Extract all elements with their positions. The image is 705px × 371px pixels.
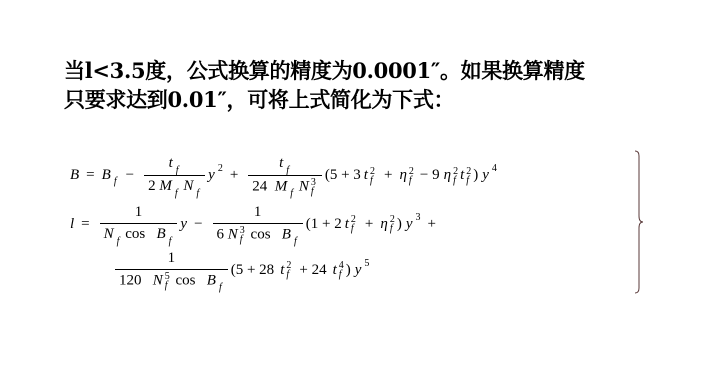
equation-longitude: l = 1 Nf cos Bf y − 1 6 N3f cos Bf (1 + … (70, 204, 443, 244)
subscript: f (390, 224, 395, 233)
coef: 2 (148, 178, 156, 194)
paren-open: (5 + 28 (231, 262, 274, 279)
subscript: f (286, 270, 291, 279)
paren-close: ) (397, 216, 402, 233)
plus-24: + 24 (299, 262, 326, 279)
var-B: B (207, 272, 216, 288)
numerator: 1 (164, 250, 180, 269)
subscript: f (165, 281, 170, 290)
minus-sign: − (194, 216, 202, 233)
subscript: f (114, 176, 117, 187)
description-paragraph: 当l<3.5度，公式换算的精度为0.0001″。如果换算精度 只要求达到0.01… (64, 56, 664, 114)
var-N: N (299, 178, 309, 194)
var-N: N (104, 226, 114, 242)
numerator: 1 (250, 204, 266, 223)
subscript: f (176, 165, 179, 176)
subscript: f (117, 236, 120, 247)
fraction-term-2: tf 2 Mf Nf (144, 155, 205, 196)
paren-open: (5 + 3 (325, 167, 361, 184)
var-y: y (482, 167, 489, 184)
subscript: f (453, 176, 458, 185)
fraction-term-3: 1 120 N5f cos Bf (115, 250, 228, 290)
subscript: f (294, 236, 297, 247)
var-B: B (70, 167, 79, 184)
var-eta: η (444, 167, 451, 184)
exponent: 4 (492, 163, 497, 174)
var-N: N (228, 226, 238, 242)
var-N: N (183, 178, 193, 194)
var-N: N (153, 272, 163, 288)
fraction-term-4: tf 24 Mf N3f (248, 155, 322, 196)
fraction-term-1: 1 Nf cos Bf (100, 204, 178, 244)
var-t: t (345, 216, 349, 233)
var-y: y (208, 167, 215, 184)
coef: 24 (252, 178, 267, 194)
cos-func: cos (125, 226, 145, 242)
var-y: y (406, 216, 413, 233)
var-eta: η (399, 167, 406, 184)
var-B: B (282, 226, 291, 242)
plus-sign: + (365, 216, 373, 233)
cos-func: cos (176, 272, 196, 288)
coef: 6 (217, 226, 225, 242)
subscript: f (175, 188, 178, 199)
var-t: t (460, 167, 464, 184)
var-y: y (180, 216, 187, 233)
subscript: f (169, 236, 172, 247)
exponent: 5 (364, 258, 369, 269)
subscript: f (290, 188, 293, 199)
equation-latitude: B = Bf − tf 2 Mf Nf y2 + tf 24 Mf N3f (5… (70, 155, 497, 196)
coef: 120 (119, 272, 142, 288)
var-t: t (279, 155, 283, 171)
var-eta: η (380, 216, 387, 233)
var-t: t (364, 167, 368, 184)
right-brace-icon (634, 150, 644, 294)
minus-sign: − (126, 167, 134, 184)
paragraph-line-2: 只要求达到0.01″，可将上式简化为下式： (64, 85, 664, 114)
paren-close: ) (473, 167, 478, 184)
equals-sign: = (86, 167, 94, 184)
subscript: f (466, 176, 471, 185)
minus-nine: − 9 (420, 167, 440, 184)
paren-open: (1 + 2 (306, 216, 342, 233)
subscript: f (196, 188, 199, 199)
paren-close: ) (346, 262, 351, 279)
subscript: f (370, 176, 375, 185)
var-y: y (355, 262, 362, 279)
exponent: 2 (218, 163, 223, 174)
var-M: M (275, 178, 288, 194)
subscript: f (219, 282, 222, 293)
exponent: 3 (415, 212, 420, 223)
subscript: f (351, 224, 356, 233)
numerator: 1 (131, 204, 147, 223)
fraction-term-2: 1 6 N3f cos Bf (213, 204, 303, 244)
var-t: t (169, 155, 173, 171)
var-t: t (280, 262, 284, 279)
var-Bf: B (102, 167, 111, 184)
var-M: M (159, 178, 172, 194)
plus-sign: + (230, 167, 238, 184)
subscript: f (339, 270, 344, 279)
subscript: f (311, 187, 316, 196)
cos-func: cos (251, 226, 271, 242)
subscript: f (240, 235, 245, 244)
var-l: l (70, 216, 74, 233)
equals-sign: = (81, 216, 89, 233)
paragraph-line-1: 当l<3.5度，公式换算的精度为0.0001″。如果换算精度 (64, 56, 664, 85)
plus-sign: + (427, 216, 435, 233)
equation-longitude-continuation: 1 120 N5f cos Bf (5 + 28 t2f + 24 t4f ) … (112, 250, 369, 290)
plus-sign: + (384, 167, 392, 184)
var-B: B (156, 226, 165, 242)
subscript: f (286, 165, 289, 176)
subscript: f (409, 176, 414, 185)
var-t: t (333, 262, 337, 279)
